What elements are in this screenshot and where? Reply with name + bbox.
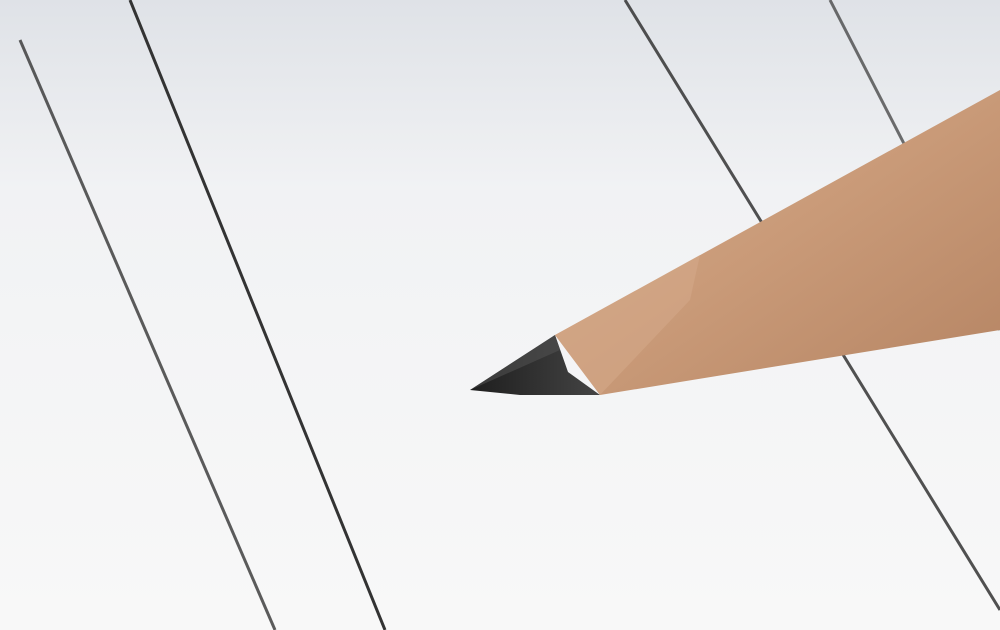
pencil-icon bbox=[470, 90, 1000, 395]
answer-sheet-illustration bbox=[0, 0, 1000, 630]
answer-sheet-photo bbox=[0, 0, 1000, 630]
